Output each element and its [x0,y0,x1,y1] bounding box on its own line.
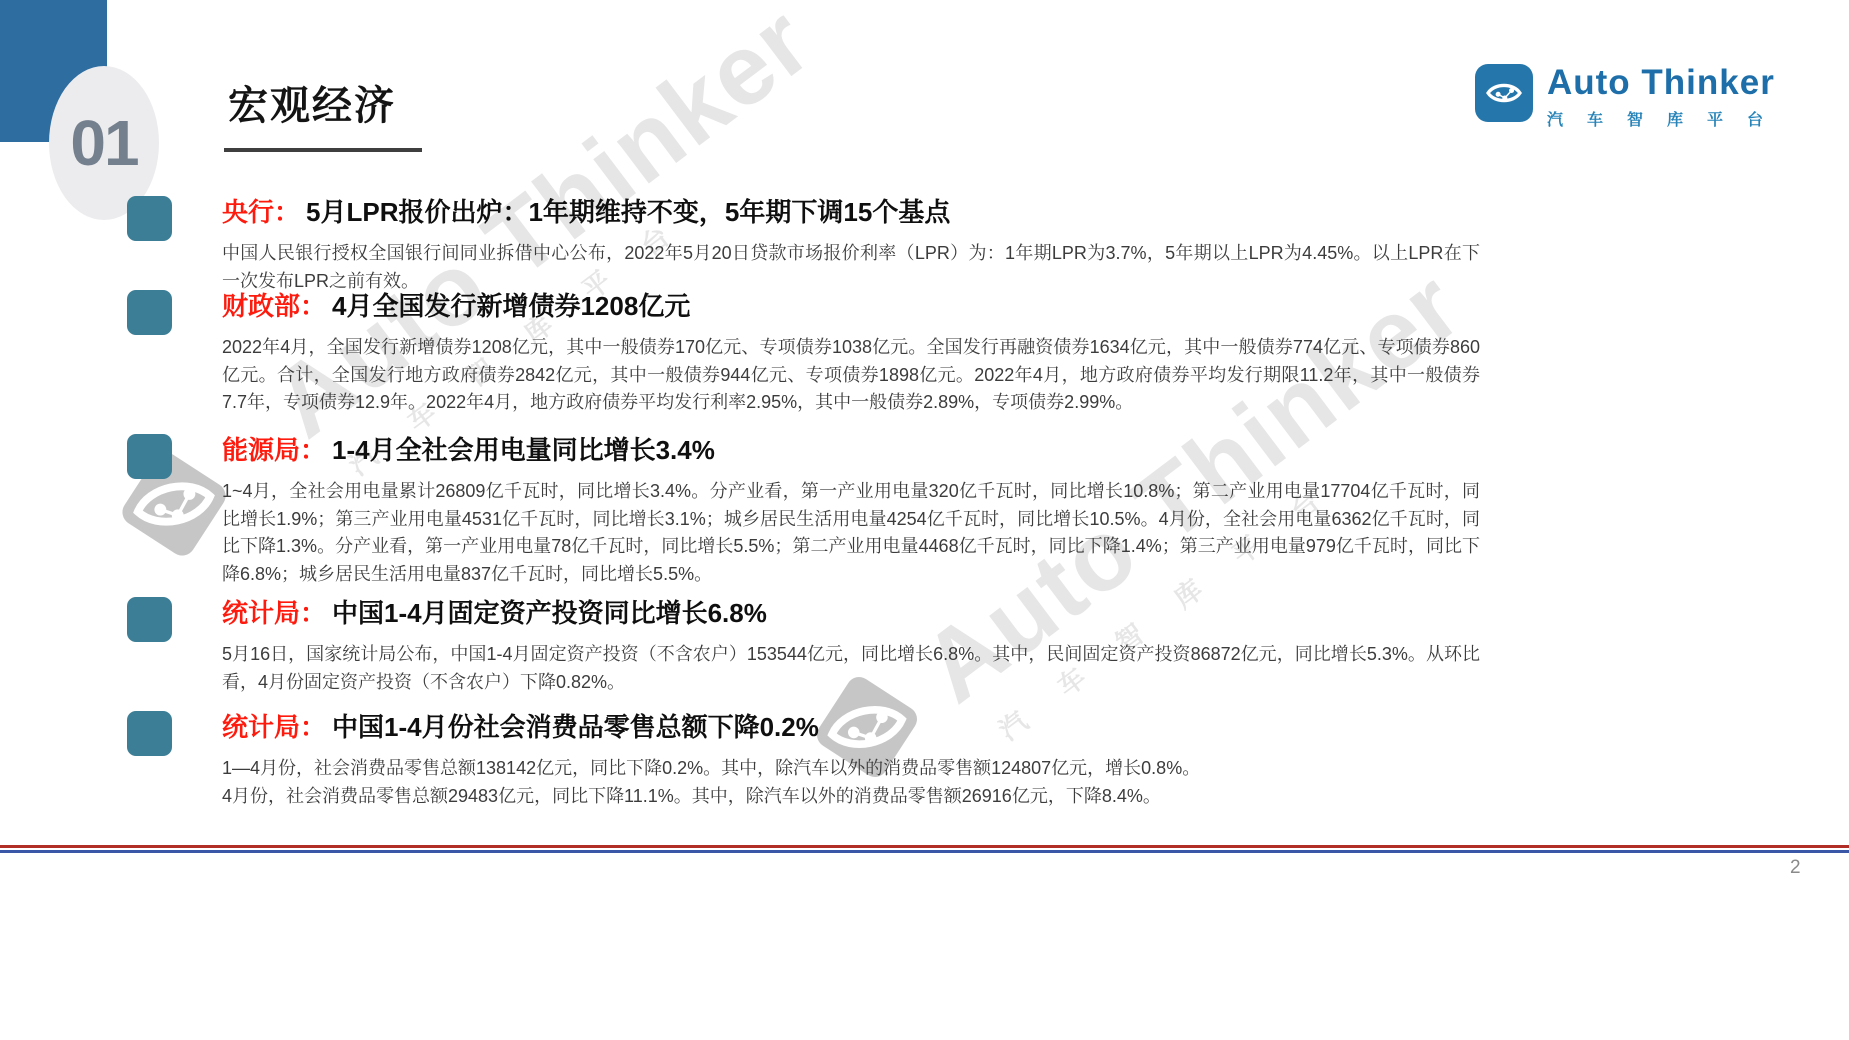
footer-divider-red [0,845,1849,848]
news-title: 中国1-4月固定资产投资同比增长6.8% [332,598,767,628]
news-source-label: 财政部： [222,291,326,321]
news-body-line2: 4月份，社会消费品零售总额29483亿元，同比下降11.1%。其中，除汽车以外的… [222,783,1480,811]
page-number: 2 [1790,857,1801,879]
news-title: 中国1-4月份社会消费品零售总额下降0.2% [332,712,819,742]
section-bullet [127,196,172,241]
news-source-label: 统计局： [222,712,326,742]
news-item-nbs-retail: 统计局：中国1-4月份社会消费品零售总额下降0.2% 1—4月份，社会消费品零售… [222,711,1480,810]
news-item-mof-bonds: 财政部：4月全国发行新增债券1208亿元 2022年4月，全国发行新增债券120… [222,290,1480,417]
news-title: 5月LPR报价出炉：1年期维持不变，5年期下调15个基点 [306,197,950,227]
section-bullet [127,597,172,642]
news-headline: 统计局：中国1-4月份社会消费品零售总额下降0.2% [222,711,1480,743]
auto-thinker-logo: Auto Thinker 汽车智库平台 [1475,64,1787,130]
news-source-label: 能源局： [222,435,326,465]
page-title: 宏观经济 [228,74,422,131]
title-underline [224,148,422,152]
page-title-block: 宏观经济 [228,74,422,152]
logo-tagline: 汽车智库平台 [1547,107,1787,130]
news-body: 中国人民银行授权全国银行间同业拆借中心公布，2022年5月20日贷款市场报价利率… [222,240,1480,295]
news-body: 1—4月份，社会消费品零售总额138142亿元，同比下降0.2%。其中，除汽车以… [222,755,1480,783]
footer-divider-blue [0,850,1849,853]
section-bullet [127,711,172,756]
news-body: 1~4月，全社会用电量累计26809亿千瓦时，同比增长3.4%。分产业看，第一产… [222,478,1480,588]
logo-text-block: Auto Thinker 汽车智库平台 [1547,64,1787,130]
news-headline: 统计局：中国1-4月固定资产投资同比增长6.8% [222,597,1480,629]
news-body: 2022年4月，全国发行新增债券1208亿元，其中一般债券170亿元、专项债券1… [222,334,1480,417]
news-title: 1-4月全社会用电量同比增长3.4% [332,435,715,465]
section-number: 01 [70,106,137,180]
news-source-label: 统计局： [222,598,326,628]
logo-brand-name: Auto Thinker [1547,64,1787,102]
eye-network-icon [1475,64,1533,122]
news-headline: 央行：5月LPR报价出炉：1年期维持不变，5年期下调15个基点 [222,196,1480,228]
news-source-label: 央行： [222,197,300,227]
news-headline: 财政部：4月全国发行新增债券1208亿元 [222,290,1480,322]
news-item-nea-electricity: 能源局：1-4月全社会用电量同比增长3.4% 1~4月，全社会用电量累计2680… [222,434,1480,588]
news-title: 4月全国发行新增债券1208亿元 [332,291,690,321]
news-body: 5月16日，国家统计局公布，中国1-4月固定资产投资（不含农户）153544亿元… [222,641,1480,696]
news-item-nbs-investment: 统计局：中国1-4月固定资产投资同比增长6.8% 5月16日，国家统计局公布，中… [222,597,1480,696]
news-headline: 能源局：1-4月全社会用电量同比增长3.4% [222,434,1480,466]
section-bullet [127,290,172,335]
section-bullet [127,434,172,479]
news-item-pboc-lpr: 央行：5月LPR报价出炉：1年期维持不变，5年期下调15个基点 中国人民银行授权… [222,196,1480,295]
slide: Auto Thinker 汽车智库平台 Auto Thinker 汽车智库平台 … [0,0,1849,1040]
